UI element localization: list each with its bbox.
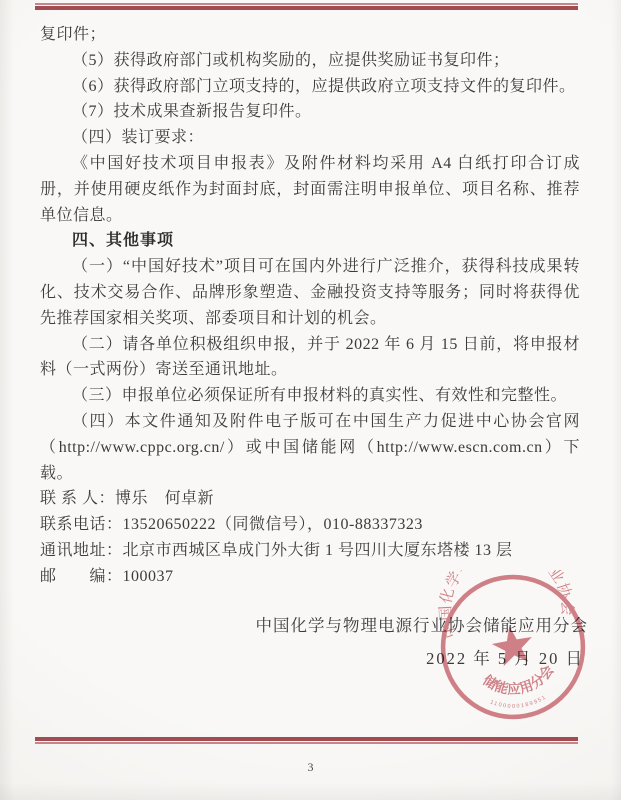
paragraph: 复印件； xyxy=(40,22,580,48)
stamp-star-icon xyxy=(489,623,536,668)
paragraph: （一）“中国好技术”项目可在国内外进行广泛推介，获得科技成果转化、技术交易合作、… xyxy=(40,254,580,331)
section-heading: 四、其他事项 xyxy=(40,228,580,254)
scanned-document-page: 复印件； （5）获得政府部门或机构奖励的，应提供奖励证书复印件； （6）获得政府… xyxy=(0,0,621,800)
official-seal-stamp: 中国化学与物理电源行业协会 储能应用分会 1100000189951 xyxy=(436,570,590,724)
document-body: 复印件； （5）获得政府部门或机构奖励的，应提供奖励证书复印件； （6）获得政府… xyxy=(40,22,580,590)
contact-person-line: 联 系 人：博乐 何卓新 xyxy=(40,486,580,512)
page-number: 3 xyxy=(0,760,621,775)
contact-address-line: 通讯地址：北京市西城区阜成门外大街 1 号四川大厦东塔楼 13 层 xyxy=(40,538,580,564)
paragraph: （三）申报单位必须保证所有申报材料的真实性、有效性和完整性。 xyxy=(40,383,580,409)
paragraph: （7）技术成果查新报告复印件。 xyxy=(40,99,580,125)
paragraph: （5）获得政府部门或机构奖励的，应提供奖励证书复印件； xyxy=(40,48,580,74)
bottom-divider-rule xyxy=(35,737,578,744)
paragraph: （二）请各单位积极组织申报，并于 2022 年 6 月 15 日前，将申报材料（… xyxy=(40,332,580,384)
bottom-rule-thick-line xyxy=(35,737,578,741)
paragraph: （四）本文件通知及附件电子版可在中国生产力促进中心协会官网（http://www… xyxy=(40,409,580,486)
bottom-rule-thin-line xyxy=(35,742,578,744)
stamp-banner-text: 储能应用分会 xyxy=(478,660,560,703)
paragraph: （四）装订要求： xyxy=(40,125,580,151)
paragraph: （6）获得政府部门立项支持的，应提供政府立项支持文件的复印件。 xyxy=(40,74,580,100)
top-rule-thick-line xyxy=(35,6,578,10)
contact-phone-line: 联系电话：13520650222（同微信号），010-88337323 xyxy=(40,512,580,538)
top-rule-thin-line xyxy=(35,3,578,5)
svg-text:储能应用分会: 储能应用分会 xyxy=(478,660,560,703)
paragraph: 《中国好技术项目申报表》及附件材料均采用 A4 白纸打印合订成册，并使用硬皮纸作… xyxy=(40,151,580,228)
top-divider-rule xyxy=(35,3,578,10)
